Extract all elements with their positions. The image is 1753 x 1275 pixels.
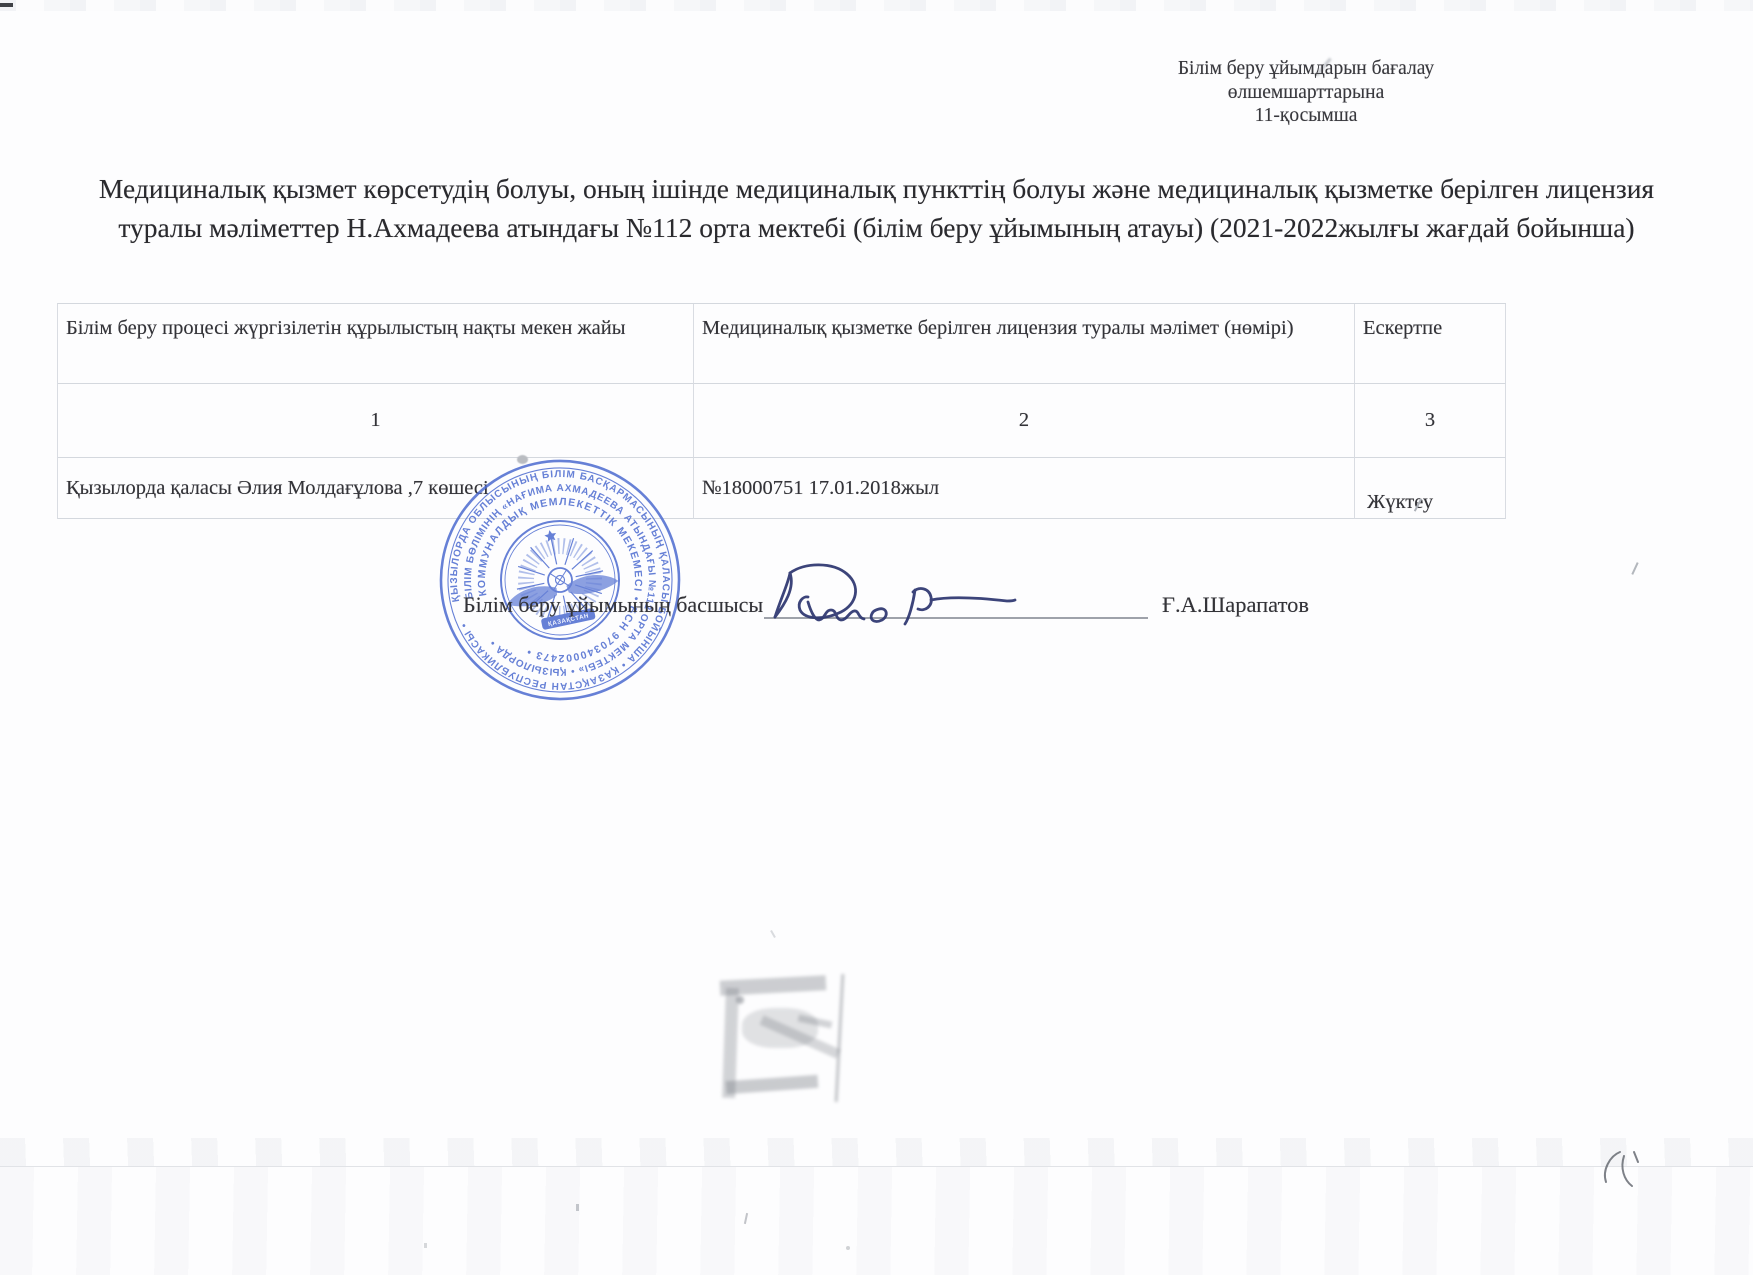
document-title: Медициналық қызмет көрсетудің болуы, оны… xyxy=(0,170,1753,247)
scanned-document-page: Білім беру ұйымдарын бағалау өлшемшартта… xyxy=(0,0,1753,1275)
scan-noise-band-top xyxy=(0,0,1753,11)
appendix-line-3: 11-қосымша xyxy=(1150,104,1462,128)
scan-artifact-slash xyxy=(1631,562,1638,575)
column-number-3: 3 xyxy=(1355,384,1506,458)
scan-noise-band-bottom2 xyxy=(0,1167,1753,1275)
scan-speck xyxy=(770,930,776,938)
scan-noise-band-bottom xyxy=(0,1138,1753,1166)
signature-label: Білім беру ұйымының басшысы xyxy=(463,592,763,618)
info-table: Білім беру процесі жүргізілетін құрылыст… xyxy=(57,303,1506,519)
table-header-address: Білім беру процесі жүргізілетін құрылыст… xyxy=(58,304,694,384)
table-header-license: Медициналық қызметке берілген лицензия т… xyxy=(694,304,1355,384)
official-stamp-icon: ҚЫЗЫЛОРДА ОБЛЫСЫНЫҢ БІЛІМ БАСҚАРМАСЫНЫҢ … xyxy=(408,428,712,732)
scan-artifact-corner xyxy=(0,3,13,7)
cell-note-download: Жүктеу xyxy=(1355,458,1506,519)
column-number-2: 2 xyxy=(694,384,1355,458)
table-header-note: Ескертпе xyxy=(1355,304,1506,384)
scan-artifact-squiggle xyxy=(1598,1146,1644,1196)
cell-license: №18000751 17.01.2018жыл xyxy=(694,458,1355,519)
scan-speck xyxy=(846,1246,850,1250)
appendix-note: Білім беру ұйымдарын бағалау өлшемшартта… xyxy=(1150,57,1462,128)
appendix-line-1: Білім беру ұйымдарын бағалау xyxy=(1150,57,1462,81)
scan-speck xyxy=(576,1204,579,1211)
appendix-line-2: өлшемшарттарына xyxy=(1150,81,1462,105)
faded-stamp-smudge xyxy=(700,962,875,1130)
signatory-name: Ғ.А.Шарапатов xyxy=(1162,592,1309,618)
scan-speck xyxy=(424,1243,427,1248)
handwritten-signature xyxy=(755,540,1025,635)
